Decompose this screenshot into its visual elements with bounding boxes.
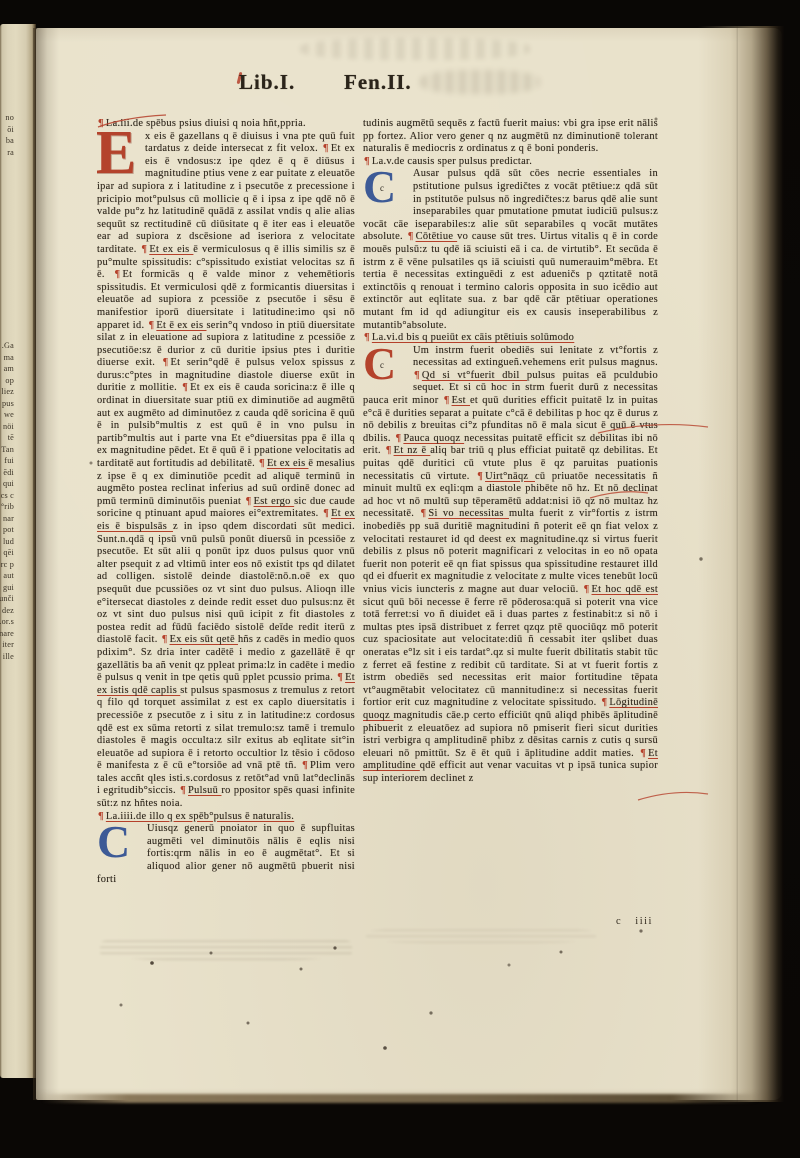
text-fragment: pot [0, 524, 14, 536]
segment-text: multa fuerit z vir°fortis z istrm inobed… [363, 508, 658, 595]
running-header: Lib.I. Fen.II. [0, 68, 800, 98]
pilcrow-icon: ¶ [161, 634, 170, 645]
text-fragment: cs c [0, 490, 14, 502]
text-fragment: dez [0, 605, 14, 617]
text-fragment: Ga. [0, 340, 14, 352]
segment-lead: Et nz ē [394, 445, 431, 456]
pilcrow-icon: ¶ [639, 748, 648, 759]
text-fragment: gui [0, 582, 14, 594]
book-photograph: noōibara Ga.maamopliezpuswenöitēTanfuiēd… [0, 0, 800, 1158]
initial-letter: C [97, 821, 131, 862]
text-fragment: lud [0, 536, 14, 548]
text-segment: ¶Et ex istis qdē caplis st pulsus spasmo… [97, 672, 355, 771]
segment-text: tudinis augmētū sequēs z factū fuerit ma… [363, 118, 658, 154]
text-segment: ¶Et ex eis ē bispulsās z in ipso qdem di… [97, 508, 355, 645]
text-fragment: no [0, 112, 14, 124]
text-fragment: qui [0, 478, 14, 490]
segment-lead: Et ex eis [149, 244, 193, 255]
segment-text: st pulsus spasmosus z tremulus z retort … [97, 685, 355, 772]
text-fragment: iter [0, 639, 14, 651]
header-fen-title: Fen.II. [344, 70, 412, 95]
initial-flourish-stroke [96, 112, 170, 130]
initial-letter: E [97, 126, 137, 182]
text-fragment: op [0, 375, 14, 387]
text-fragment: ē ille [0, 651, 14, 663]
pilcrow-icon: ¶ [179, 785, 188, 796]
text-fragment: ōi [0, 124, 14, 136]
segment-lead: Qd si vt°fuerit dbil [422, 370, 527, 381]
pilcrow-icon: ¶ [245, 496, 254, 507]
segment-text: Um instrm fuerit obediēs sui lenitate z … [413, 345, 658, 369]
illuminated-initial: E [97, 132, 141, 170]
segment-lead: Est ergo [254, 496, 295, 507]
quire-signature: c iiii [616, 916, 653, 927]
text-fragment: aut [0, 570, 14, 582]
text-fragment: Tan [0, 444, 14, 456]
segment-lead: Pauca quoqz [403, 433, 464, 444]
segment-lead: Et ē ex eis [156, 320, 206, 331]
rubric-text: La.iiii.de illo q ex spēb°pulsus ē natur… [106, 811, 294, 822]
text-fragment: tē [0, 432, 14, 444]
segment-lead: Pulsuū [188, 785, 221, 796]
text-segment: tudinis augmētū sequēs z factū fuerit ma… [363, 118, 658, 154]
segment-lead: Est [452, 395, 470, 406]
show-through-smudge [100, 936, 352, 960]
text-column-left: ¶La.iii.de spēbus psius diuisi q noia hñ… [97, 118, 355, 940]
text-fragment: nar [0, 513, 14, 525]
guide-letter: c [380, 359, 384, 372]
text-segment: CcUm instrm fuerit obediēs sui lenitate … [413, 345, 658, 369]
pilcrow-icon: ¶ [583, 584, 592, 595]
text-segment: ¶Si vo necessitas multa fuerit z vir°for… [363, 508, 658, 595]
text-fragment: we [0, 409, 14, 421]
pilcrow-icon: ¶ [258, 458, 267, 469]
fore-edge-page-stack [698, 26, 784, 1102]
pilcrow-icon: ¶ [476, 471, 485, 482]
pilcrow-icon: ¶ [413, 370, 422, 381]
pilcrow-icon: ¶ [181, 382, 190, 393]
segment-lead: Cōtētiue [416, 231, 457, 242]
rubric-text: La.vi.d bis q pueiūt ex cāis ptētiuis so… [372, 332, 574, 343]
facing-page-text-fragments: noōibara [0, 112, 14, 158]
text-fragment: ēdi [0, 467, 14, 479]
pilcrow-icon: ¶ [385, 445, 394, 456]
segment-lead: Et ex eis [267, 458, 308, 469]
pilcrow-icon: ¶ [336, 672, 345, 683]
text-fragment: rib° [0, 501, 14, 513]
bottom-page-edge [42, 1094, 758, 1103]
segment-text: Et ex eis ē cauda soricina:z ē ille q or… [97, 382, 355, 469]
show-through-smudge [366, 928, 596, 943]
text-fragment: pus [0, 398, 14, 410]
pilcrow-icon: ¶ [140, 244, 149, 255]
text-column-right: tudinis augmētū sequēs z factū fuerit ma… [363, 118, 658, 916]
gutter-shadow [33, 28, 59, 1100]
pilcrow-icon: ¶ [407, 231, 416, 242]
text-fragment: unči [0, 593, 14, 605]
chapter-rubric: ¶La.iiii.de illo q ex spēb°pulsus ē natu… [97, 811, 355, 824]
segment-text: vo cause sūt tres. Uirtus vitalis q ē in… [363, 231, 658, 330]
text-fragment: nare [0, 628, 14, 640]
header-ink-smudge [420, 70, 540, 94]
text-fragment: fui [0, 455, 14, 467]
text-segment: ¶Cōtētiue vo cause sūt tres. Uirtus vita… [363, 231, 658, 330]
text-segment: ¶Et hoc qdē est sicut quū bōi necesse ē … [363, 584, 658, 708]
illuminated-initial: C [97, 824, 143, 861]
margin-annotation-stroke [588, 487, 652, 503]
illuminated-initial: Cc [363, 346, 409, 383]
segment-text: z in ipso qdem discordati sūt medici. Su… [97, 521, 355, 645]
text-fragment: rc p [0, 559, 14, 571]
segment-text: magnitudis cāe.p certo efficiūt qnū aliq… [363, 710, 658, 759]
ink-specks [0, 0, 2, 2]
segment-lead: Si vo necessitas [428, 508, 509, 519]
pilcrow-icon: ¶ [443, 395, 452, 406]
pilcrow-icon: ¶ [322, 143, 331, 154]
segment-text: sicut quū bōi necesse ē ferre rē pōderos… [363, 597, 658, 709]
text-fragment: ra [0, 147, 14, 159]
guide-letter: c [380, 182, 384, 195]
segment-lead: Uirt°nāqz [485, 471, 535, 482]
text-segment: CUiusqz generū pnoiator in quo ē supflui… [97, 823, 355, 884]
facing-page-text-fragments: Ga.maamopliezpuswenöitēTanfuiēdiquics cr… [0, 340, 14, 662]
text-fragment: liez [0, 386, 14, 398]
pilcrow-icon: ¶ [301, 760, 310, 771]
facing-page-edge: noōibara Ga.maamopliezpuswenöitēTanfuiēd… [0, 24, 36, 1078]
pilcrow-icon: ¶ [322, 508, 331, 519]
show-through-smudge [300, 38, 530, 60]
chapter-rubric: ¶La.v.de causis sper pulsus predictar. [363, 156, 658, 169]
text-fragment: nöi [0, 421, 14, 433]
text-fragment: ma [0, 352, 14, 364]
illuminated-initial: Cc [363, 169, 409, 206]
margin-annotation-stroke [596, 418, 712, 438]
segment-lead: Et hoc qdē est [592, 584, 658, 595]
text-fragment: or.s. [0, 616, 14, 628]
text-segment: ¶Et ex eis ē cauda soricina:z ē ille q o… [97, 382, 355, 469]
chapter-rubric: ¶La.vi.d bis q pueiūt ex cāis ptētiuis s… [363, 332, 658, 345]
header-book-title: Lib.I. [239, 70, 295, 95]
text-fragment: ba [0, 135, 14, 147]
text-fragment: am [0, 363, 14, 375]
segment-lead: Ex eis sūt qetē [170, 634, 238, 645]
text-fragment: qēi [0, 547, 14, 559]
